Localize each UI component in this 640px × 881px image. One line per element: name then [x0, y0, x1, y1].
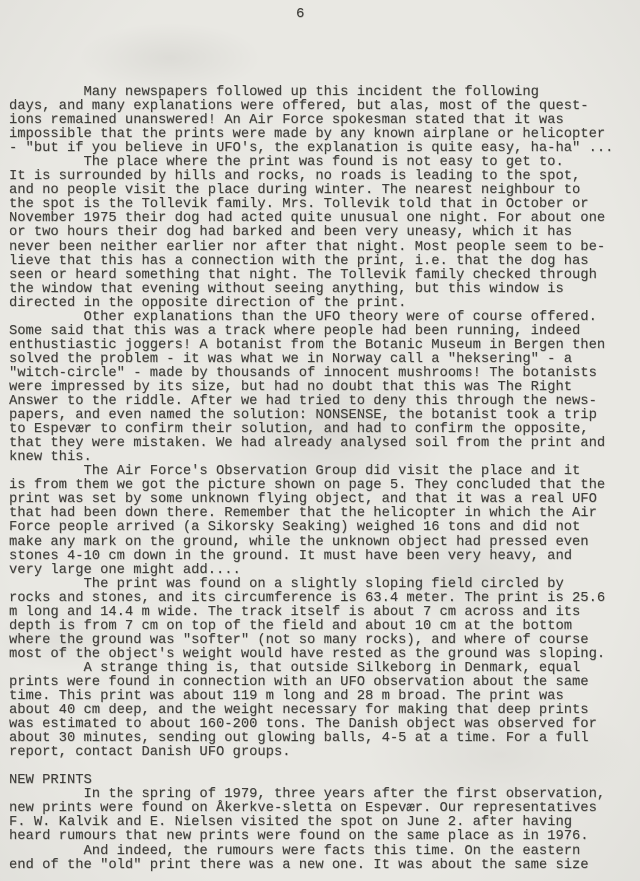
page-number: 6	[296, 6, 304, 22]
text-line: enthustiastic joggers! A botanist from t…	[9, 339, 637, 353]
text-line: about 40 cm deep, and the weight necessa…	[9, 704, 637, 718]
text-line	[9, 760, 637, 774]
text-line: Many newspapers followed up this inciden…	[9, 86, 637, 100]
text-line: never been neither earlier nor after tha…	[9, 241, 637, 255]
text-line: Other explanations than the UFO theory w…	[9, 311, 637, 325]
text-line: depth is from 7 cm on top of the field a…	[9, 620, 637, 634]
text-line: that they were mistaken. We had already …	[9, 437, 637, 451]
text-line: end of the "old" print there was a new o…	[9, 859, 637, 873]
text-line: rocks and stones, and its circumference …	[9, 592, 637, 606]
text-line: make any mark on the ground, while the u…	[9, 536, 637, 550]
text-line: where the ground was "softer" (not so ma…	[9, 634, 637, 648]
text-line: The print was found on a slightly slopin…	[9, 578, 637, 592]
text-line: "witch-circle" - made by thousands of in…	[9, 367, 637, 381]
text-line: heard rumours that new prints were found…	[9, 830, 637, 844]
text-line: Some said that this was a track where pe…	[9, 325, 637, 339]
text-line: time. This print was about 119 m long an…	[9, 690, 637, 704]
text-line: And indeed, the rumours were facts this …	[9, 845, 637, 859]
text-line: m long and 14.4 m wide. The track itself…	[9, 606, 637, 620]
text-line: most of the object's weight would have r…	[9, 648, 637, 662]
text-line: solved the problem - it was what we in N…	[9, 353, 637, 367]
text-line: seen or heard something that night. The …	[9, 269, 637, 283]
text-line: stones 4-10 cm down in the ground. It mu…	[9, 550, 637, 564]
text-line: directed in the opposite direction of th…	[9, 297, 637, 311]
text-line: the window that evening without seeing a…	[9, 283, 637, 297]
text-line: report, contact Danish UFO groups.	[9, 746, 637, 760]
text-line: A strange thing is, that outside Silkebo…	[9, 662, 637, 676]
text-line: prints were found in connection with an …	[9, 676, 637, 690]
text-line: were impressed by its size, but had no d…	[9, 381, 637, 395]
text-line: Force people arrived (a Sikorsky Seaking…	[9, 521, 637, 535]
text-line: or two hours their dog had barked and be…	[9, 226, 637, 240]
text-line: Answer to the riddle. After we had tried…	[9, 395, 637, 409]
text-line: lieve that this has a connection with th…	[9, 255, 637, 269]
document-text: Many newspapers followed up this inciden…	[9, 86, 637, 873]
document-page: 6 Many newspapers followed up this incid…	[0, 0, 640, 881]
text-line: very large one might add....	[9, 564, 637, 578]
text-line: days, and many explanations were offered…	[9, 100, 637, 114]
